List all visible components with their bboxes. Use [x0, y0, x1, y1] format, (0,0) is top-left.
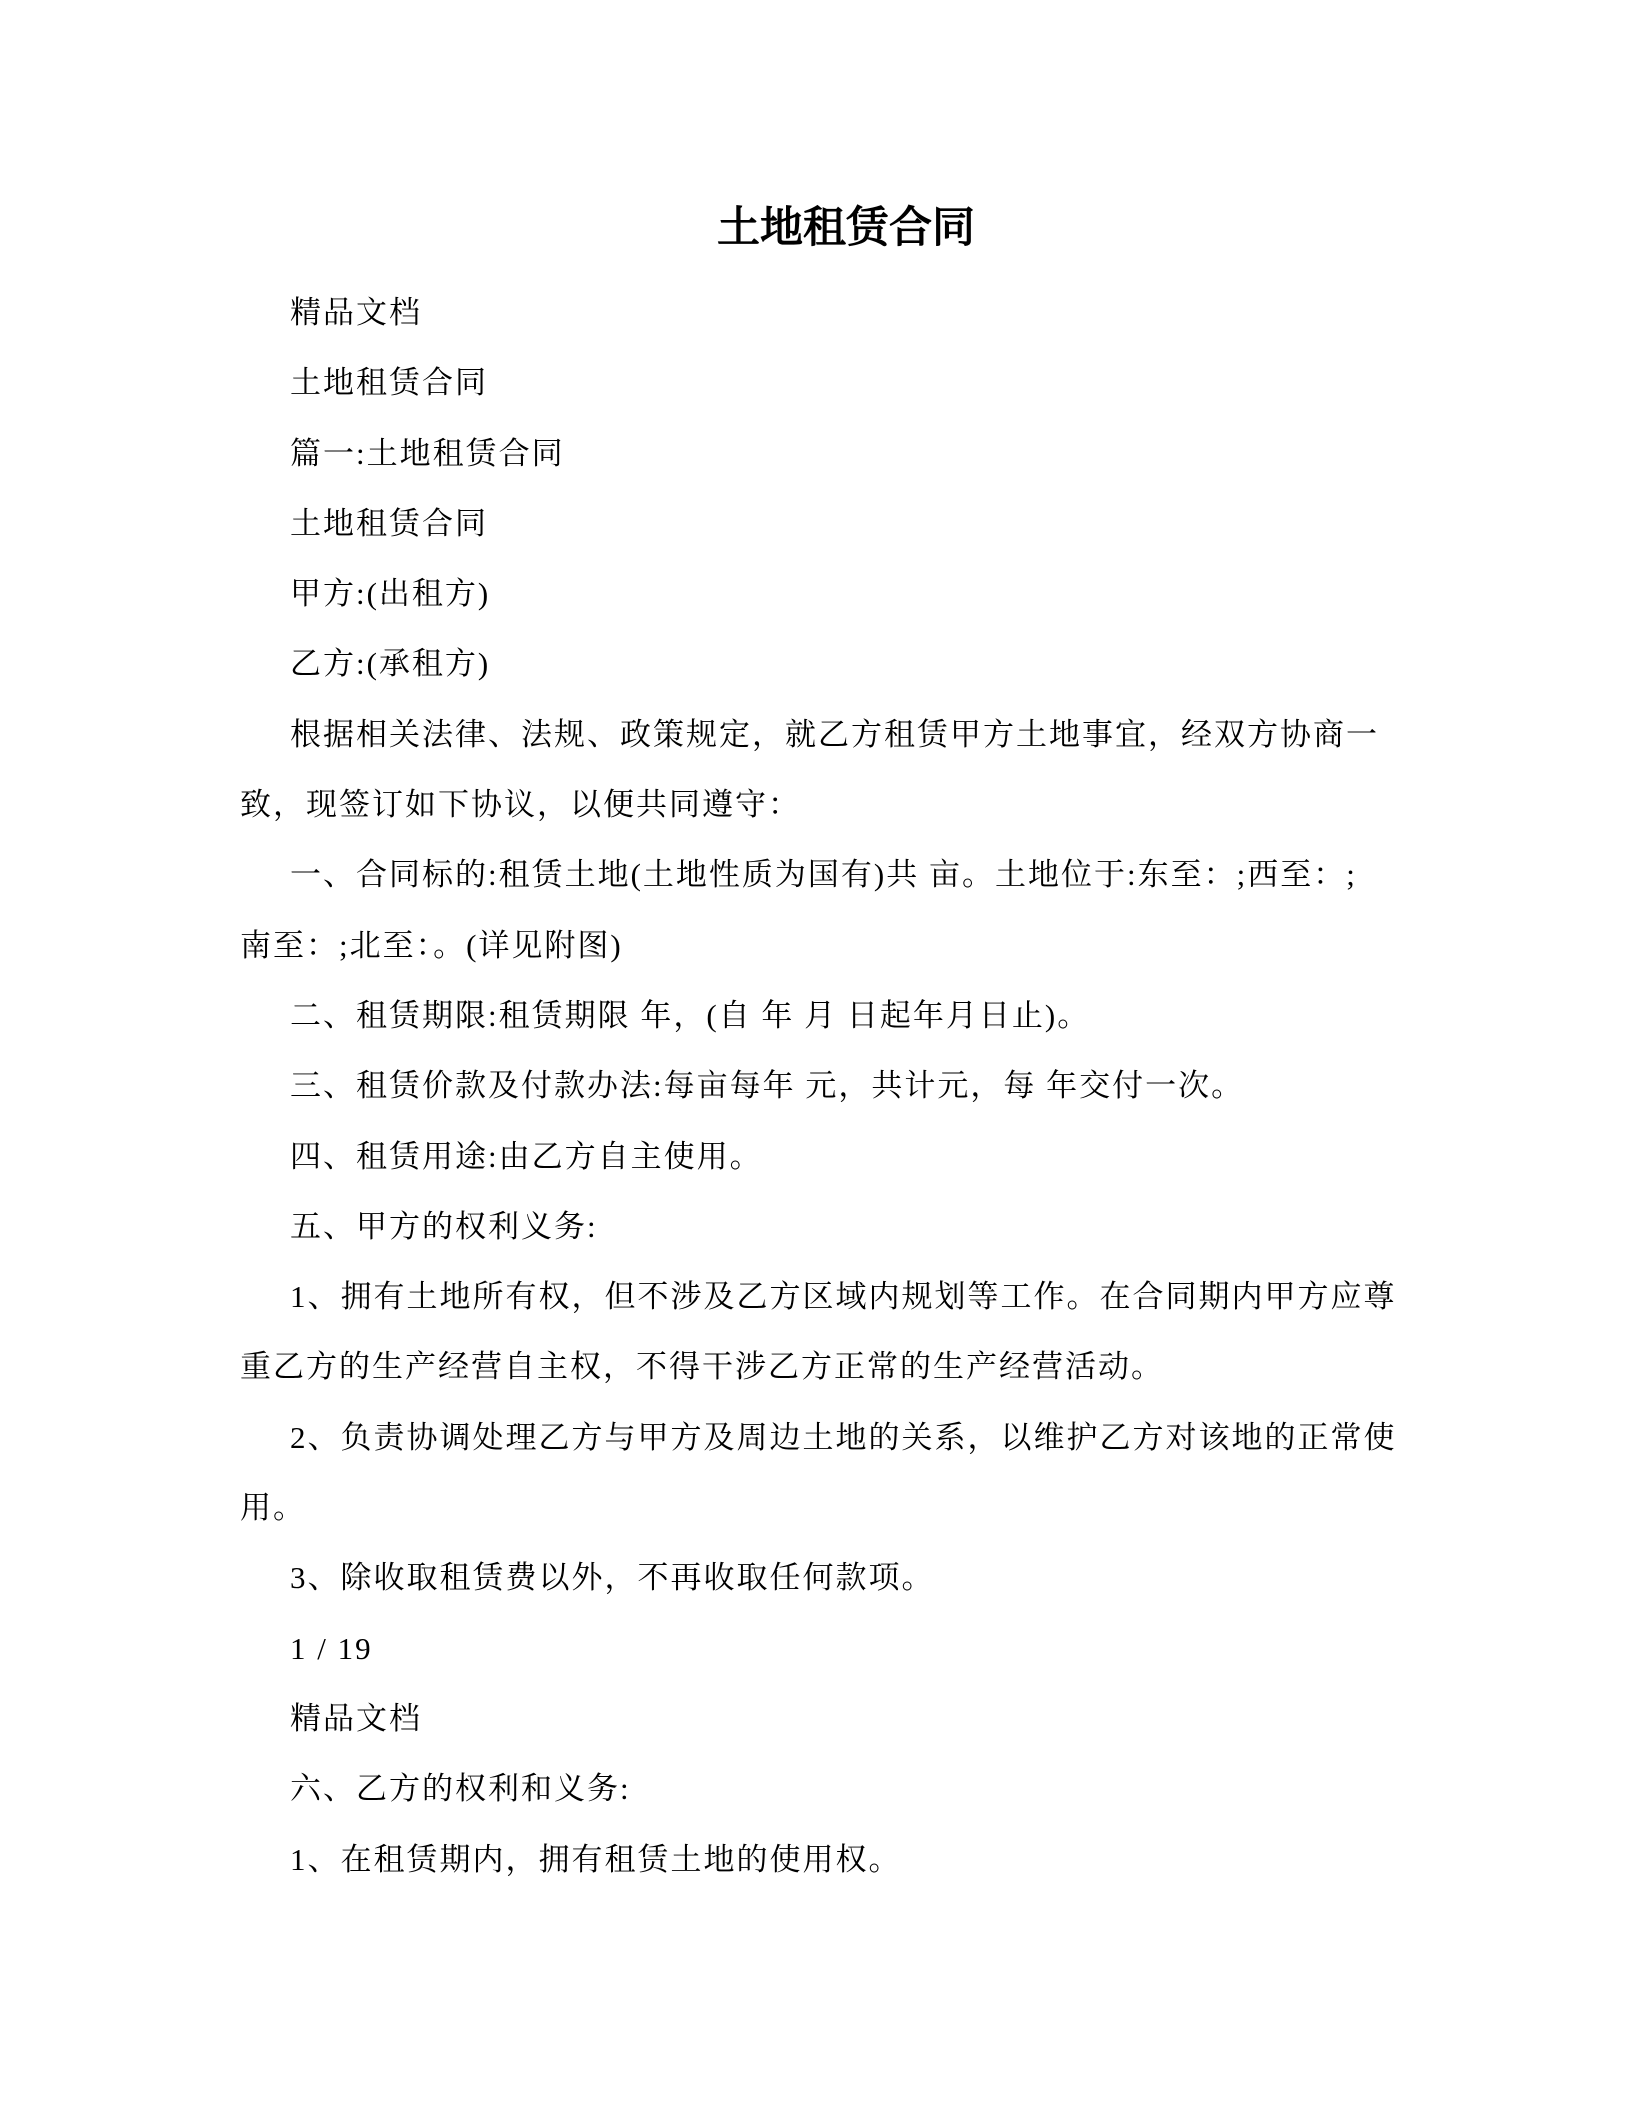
text-line: 南至：;北至：。(详见附图)	[240, 911, 1632, 981]
text-line: 土地租赁合同	[240, 489, 1632, 559]
document-body: 精品文档 土地租赁合同 篇一:土地租赁合同 土地租赁合同 甲方:(出租方) 乙方…	[240, 278, 1632, 1895]
document-page: 土地租赁合同 精品文档 土地租赁合同 篇一:土地租赁合同 土地租赁合同 甲方:(…	[0, 0, 1632, 2112]
text-line: 乙方:(承租方)	[240, 629, 1632, 699]
text-line: 1、拥有土地所有权，但不涉及乙方区域内规划等工作。在合同期内甲方应尊	[240, 1262, 1632, 1332]
text-line: 1 / 19	[240, 1614, 1632, 1684]
text-line: 2、负责协调处理乙方与甲方及周边土地的关系，以维护乙方对该地的正常使	[240, 1403, 1632, 1473]
text-line: 重乙方的生产经营自主权，不得干涉乙方正常的生产经营活动。	[240, 1332, 1632, 1402]
text-line: 用。	[240, 1473, 1632, 1543]
text-line: 四、租赁用途:由乙方自主使用。	[240, 1122, 1632, 1192]
text-line: 篇一:土地租赁合同	[240, 419, 1632, 489]
text-line: 土地租赁合同	[240, 348, 1632, 418]
text-line: 精品文档	[240, 1684, 1632, 1754]
text-line: 1、在租赁期内，拥有租赁土地的使用权。	[240, 1825, 1632, 1895]
text-line: 根据相关法律、法规、政策规定，就乙方租赁甲方土地事宜，经双方协商一	[240, 700, 1632, 770]
text-line: 甲方:(出租方)	[240, 559, 1632, 629]
text-line: 三、租赁价款及付款办法:每亩每年 元，共计元，每 年交付一次。	[240, 1051, 1632, 1121]
text-line: 3、除收取租赁费以外，不再收取任何款项。	[240, 1543, 1632, 1613]
text-line: 五、甲方的权利义务:	[240, 1192, 1632, 1262]
text-line: 一、合同标的:租赁土地(土地性质为国有)共 亩。土地位于:东至：;西至：;	[240, 840, 1632, 910]
document-title: 土地租赁合同	[240, 201, 1452, 257]
text-line: 致，现签订如下协议，以便共同遵守：	[240, 770, 1632, 840]
text-line: 精品文档	[240, 278, 1632, 348]
text-line: 六、乙方的权利和义务:	[240, 1754, 1632, 1824]
text-line: 二、租赁期限:租赁期限 年，(自 年 月 日起年月日止)。	[240, 981, 1632, 1051]
